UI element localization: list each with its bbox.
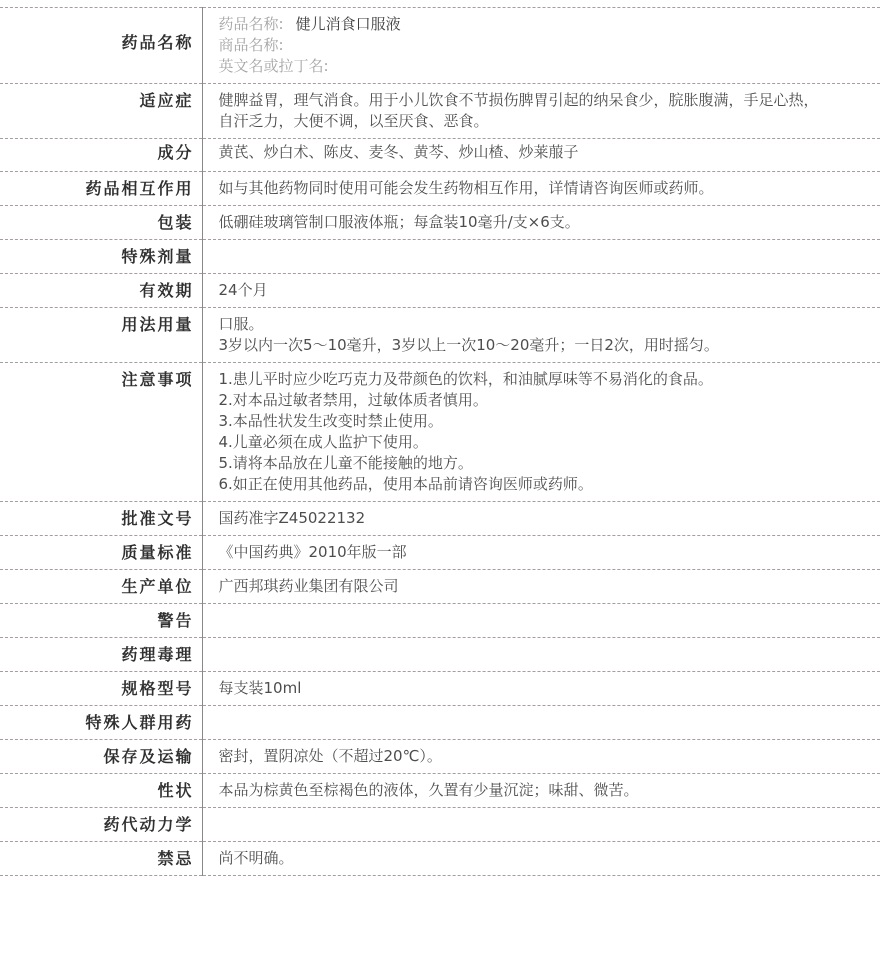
row-value-cell: 本品为棕黄色至棕褐色的液体，久置有少量沉淀；味甜、微苦。 [202, 774, 880, 808]
value-line: 黄芪、炒白术、陈皮、麦冬、黄芩、炒山楂、炒莱菔子 [219, 142, 869, 163]
row-label: 有效期 [0, 274, 202, 308]
row-value-cell: 健脾益胃，理气消食。用于小儿饮食不节损伤脾胃引起的纳呆食少，脘胀腹满，手足心热，… [202, 84, 880, 139]
row-label: 适应症 [0, 84, 202, 139]
row-label: 药品相互作用 [0, 172, 202, 206]
row-label: 性状 [0, 774, 202, 808]
row-value-cell: 1.患儿平时应少吃巧克力及带颜色的饮料，和油腻厚味等不易消化的食品。 2.对本品… [202, 363, 880, 502]
latin-name-key: 英文名或拉丁名: [219, 57, 329, 75]
row-label: 批准文号 [0, 502, 202, 536]
row-value-cell: 黄芪、炒白术、陈皮、麦冬、黄芩、炒山楂、炒莱菔子 [202, 139, 880, 172]
value-line: 自汗乏力，大便不调，以至厌食、恶食。 [219, 111, 869, 132]
value-line: 5.请将本品放在儿童不能接触的地方。 [219, 453, 869, 474]
value-line: 本品为棕黄色至棕褐色的液体，久置有少量沉淀；味甜、微苦。 [219, 780, 869, 801]
drug-name-cell: 药品名称:健儿消食口服液 商品名称: 英文名或拉丁名: [202, 8, 880, 84]
row-value-cell: 口服。 3岁以内一次5～10毫升，3岁以上一次10～20毫升；一日2次，用时摇匀… [202, 308, 880, 363]
row-pharmacokinetics: 药代动力学 [0, 808, 880, 842]
value-line: 密封，置阴凉处（不超过20℃）。 [219, 746, 869, 767]
row-label: 药理毒理 [0, 638, 202, 672]
value-line: 尚不明确。 [219, 848, 869, 869]
row-label: 药品名称 [0, 8, 202, 84]
value-line: 广西邦琪药业集团有限公司 [219, 576, 869, 597]
row-label: 成分 [0, 139, 202, 172]
row-value-cell [202, 808, 880, 842]
value-line: 口服。 [219, 314, 869, 335]
value-line: 1.患儿平时应少吃巧克力及带颜色的饮料，和油腻厚味等不易消化的食品。 [219, 369, 869, 390]
row-pharmacology-toxicology: 药理毒理 [0, 638, 880, 672]
value-line: 24个月 [219, 280, 869, 301]
value-line: 4.儿童必须在成人监护下使用。 [219, 432, 869, 453]
row-drug-interactions: 药品相互作用 如与其他药物同时使用可能会发生药物相互作用，详情请咨询医师或药师。 [0, 172, 880, 206]
row-value-cell: 24个月 [202, 274, 880, 308]
row-packaging: 包装 低硼硅玻璃管制口服液体瓶；每盒装10毫升/支×6支。 [0, 206, 880, 240]
value-line: 3岁以内一次5～10毫升，3岁以上一次10～20毫升；一日2次，用时摇匀。 [219, 335, 869, 356]
drug-name-value: 健儿消食口服液 [296, 15, 401, 33]
row-label: 特殊剂量 [0, 240, 202, 274]
row-specification: 规格型号 每支装10ml [0, 672, 880, 706]
row-label: 特殊人群用药 [0, 706, 202, 740]
row-drug-name: 药品名称 药品名称:健儿消食口服液 商品名称: 英文名或拉丁名: [0, 8, 880, 84]
row-value-cell: 广西邦琪药业集团有限公司 [202, 570, 880, 604]
row-contraindications: 禁忌 尚不明确。 [0, 842, 880, 876]
value-line: 《中国药典》2010年版一部 [219, 542, 869, 563]
row-properties: 性状 本品为棕黄色至棕褐色的液体，久置有少量沉淀；味甜、微苦。 [0, 774, 880, 808]
value-line: 2.对本品过敏者禁用，过敏体质者慎用。 [219, 390, 869, 411]
row-ingredients: 成分 黄芪、炒白术、陈皮、麦冬、黄芩、炒山楂、炒莱菔子 [0, 139, 880, 172]
row-label: 禁忌 [0, 842, 202, 876]
row-special-dosage: 特殊剂量 [0, 240, 880, 274]
row-precautions: 注意事项 1.患儿平时应少吃巧克力及带颜色的饮料，和油腻厚味等不易消化的食品。 … [0, 363, 880, 502]
value-line: 低硼硅玻璃管制口服液体瓶；每盒装10毫升/支×6支。 [219, 212, 869, 233]
value-line: 6.如正在使用其他药品，使用本品前请咨询医师或药师。 [219, 474, 869, 495]
drug-name-key: 药品名称: [219, 15, 284, 33]
value-line: 国药准字Z45022132 [219, 508, 869, 529]
trade-name-key: 商品名称: [219, 36, 284, 54]
row-value-cell: 密封，置阴凉处（不超过20℃）。 [202, 740, 880, 774]
row-dosage-usage: 用法用量 口服。 3岁以内一次5～10毫升，3岁以上一次10～20毫升；一日2次… [0, 308, 880, 363]
row-validity-period: 有效期 24个月 [0, 274, 880, 308]
row-quality-standard: 质量标准 《中国药典》2010年版一部 [0, 536, 880, 570]
row-label: 警告 [0, 604, 202, 638]
row-approval-number: 批准文号 国药准字Z45022132 [0, 502, 880, 536]
row-value-cell: 《中国药典》2010年版一部 [202, 536, 880, 570]
row-indications: 适应症 健脾益胃，理气消食。用于小儿饮食不节损伤脾胃引起的纳呆食少，脘胀腹满，手… [0, 84, 880, 139]
row-value-cell: 国药准字Z45022132 [202, 502, 880, 536]
row-value-cell [202, 240, 880, 274]
row-value-cell [202, 638, 880, 672]
row-manufacturer: 生产单位 广西邦琪药业集团有限公司 [0, 570, 880, 604]
row-value-cell: 每支装10ml [202, 672, 880, 706]
row-label: 规格型号 [0, 672, 202, 706]
row-label: 保存及运输 [0, 740, 202, 774]
row-label: 包装 [0, 206, 202, 240]
row-special-population: 特殊人群用药 [0, 706, 880, 740]
value-line: 3.本品性状发生改变时禁止使用。 [219, 411, 869, 432]
row-warning: 警告 [0, 604, 880, 638]
drug-info-table: 药品名称 药品名称:健儿消食口服液 商品名称: 英文名或拉丁名: 适应症 健脾益… [0, 7, 880, 876]
row-value-cell [202, 604, 880, 638]
value-line: 每支装10ml [219, 678, 869, 699]
value-line: 如与其他药物同时使用可能会发生药物相互作用，详情请咨询医师或药师。 [219, 178, 869, 199]
row-value-cell [202, 706, 880, 740]
row-value-cell: 如与其他药物同时使用可能会发生药物相互作用，详情请咨询医师或药师。 [202, 172, 880, 206]
row-label: 注意事项 [0, 363, 202, 502]
row-label: 质量标准 [0, 536, 202, 570]
row-value-cell: 尚不明确。 [202, 842, 880, 876]
row-label: 生产单位 [0, 570, 202, 604]
row-label: 用法用量 [0, 308, 202, 363]
row-label: 药代动力学 [0, 808, 202, 842]
row-storage-transport: 保存及运输 密封，置阴凉处（不超过20℃）。 [0, 740, 880, 774]
row-value-cell: 低硼硅玻璃管制口服液体瓶；每盒装10毫升/支×6支。 [202, 206, 880, 240]
value-line: 健脾益胃，理气消食。用于小儿饮食不节损伤脾胃引起的纳呆食少，脘胀腹满，手足心热， [219, 90, 869, 111]
